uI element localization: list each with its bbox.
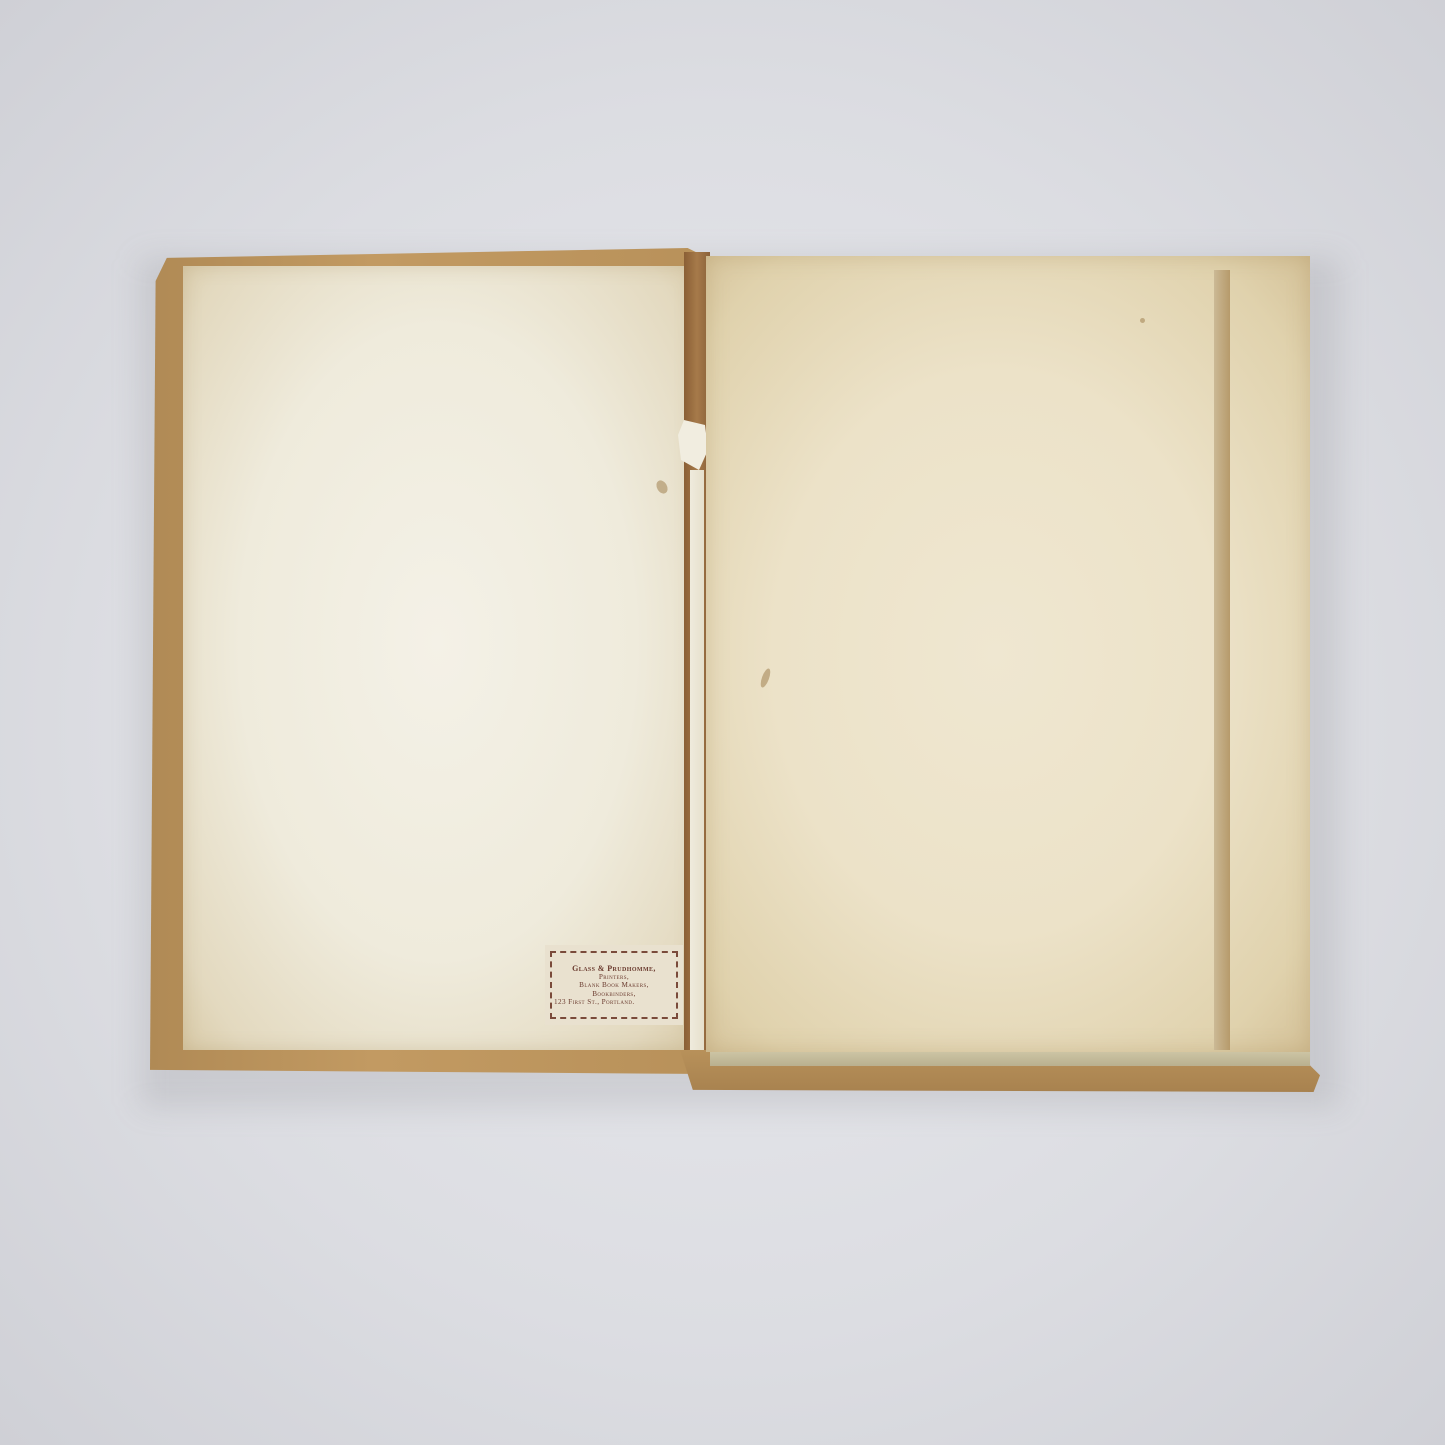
binder-trade-1: Printers, xyxy=(599,973,629,981)
binder-name: Glass & Prudhomme, xyxy=(572,964,656,973)
hinge-paper-strip xyxy=(690,470,704,1050)
binder-trade-3: Bookbinders, xyxy=(592,990,636,998)
binder-trade-2: Blank Book Makers, xyxy=(579,981,649,989)
stain-spot xyxy=(1140,318,1145,323)
binder-ticket: Glass & Prudhomme, Printers, Blank Book … xyxy=(545,945,683,1025)
fore-edge xyxy=(1214,270,1230,1050)
text-block-bottom-edge xyxy=(710,1050,1310,1066)
front-pastedown xyxy=(183,266,693,1050)
binder-address: 123 First St., Portland. xyxy=(552,998,635,1006)
binder-ticket-border: Glass & Prudhomme, Printers, Blank Book … xyxy=(550,951,678,1019)
